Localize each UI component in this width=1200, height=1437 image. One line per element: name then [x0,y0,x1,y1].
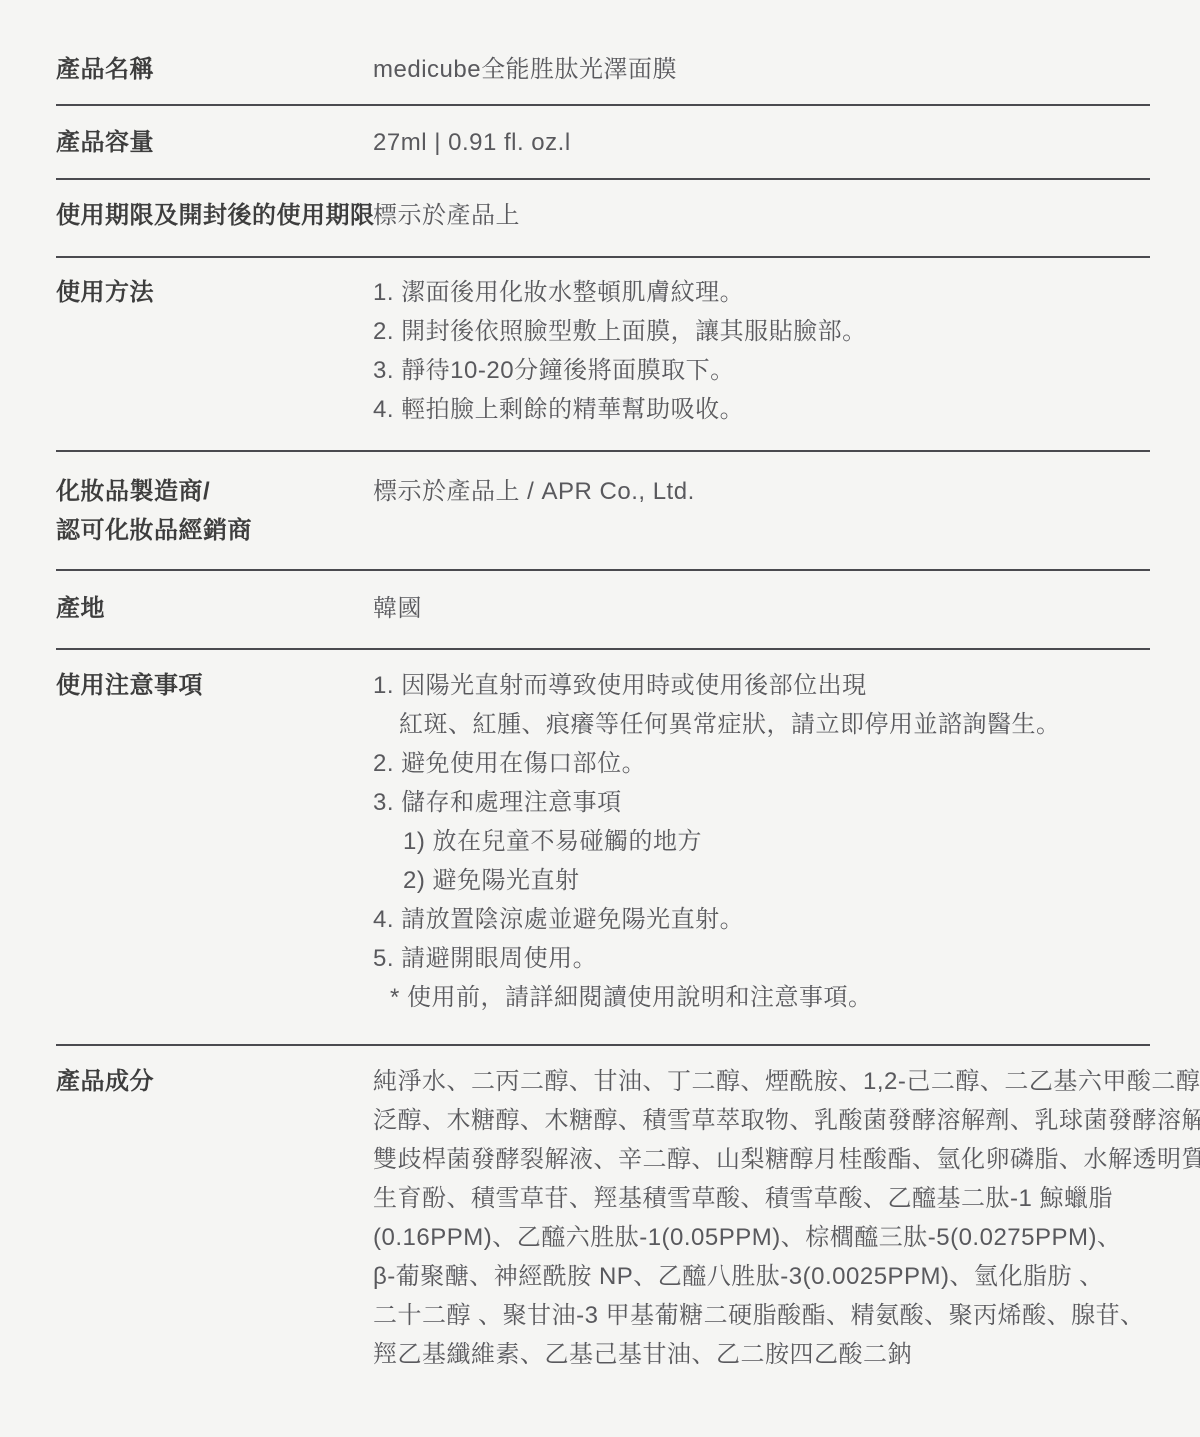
row-value-line: (0.16PPM)、乙醯六胜肽-1(0.05PPM)、棕櫚醯三肽-5(0.027… [373,1218,1200,1257]
product-spec-table: 產品名稱medicube全能胜肽光澤面膜產品容量27ml | 0.91 fl. … [56,0,1150,1374]
row-value-origin: 韓國 [373,589,1150,628]
row-value-line: * 使用前，請詳細閱讀使用說明和注意事項。 [390,978,1150,1017]
row-value-line: 5. 請避開眼周使用。 [373,939,1150,978]
row-value-line: 3. 儲存和處理注意事項 [373,783,1150,822]
row-label-product-volume: 產品容量 [56,123,373,162]
row-value-line: 標示於產品上 [373,196,1150,235]
row-value-usage-method: 1. 潔面後用化妝水整頓肌膚紋理。2. 開封後依照臉型敷上面膜，讓其服貼臉部。3… [373,273,1150,429]
row-label-origin: 產地 [56,589,373,628]
row-value-product-name: medicube全能胜肽光澤面膜 [373,50,1150,89]
row-label-ingredients: 產品成分 [56,1062,373,1101]
row-label-line: 產品成分 [56,1062,373,1101]
row-label-line: 產品名稱 [56,50,373,89]
row-value-line: 1) 放在兒童不易碰觸的地方 [403,822,1150,861]
row-value-line: 3. 靜待10-20分鐘後將面膜取下。 [373,351,1150,390]
row-label-line: 使用注意事項 [56,666,373,705]
row-value-line: 27ml | 0.91 fl. oz.l [373,123,1150,162]
row-value-line: 4. 請放置陰涼處並避免陽光直射。 [373,900,1150,939]
row-label-manufacturer-distributor: 化妝品製造商/認可化妝品經銷商 [56,472,373,550]
row-value-line: 標示於產品上 / APR Co., Ltd. [373,472,1150,511]
table-row-origin: 產地韓國 [56,571,1150,650]
table-row-usage-method: 使用方法1. 潔面後用化妝水整頓肌膚紋理。2. 開封後依照臉型敷上面膜，讓其服貼… [56,258,1150,452]
row-value-line: 1. 潔面後用化妝水整頓肌膚紋理。 [373,273,1150,312]
row-value-line: 紅斑、紅腫、痕癢等任何異常症狀，請立即停用並諮詢醫生。 [399,705,1150,744]
row-value-manufacturer-distributor: 標示於產品上 / APR Co., Ltd. [373,472,1150,511]
row-value-line: 生育酚、積雪草苷、羥基積雪草酸、積雪草酸、乙醯基二肽-1 鯨蠟脂 [373,1179,1200,1218]
row-value-line: 1. 因陽光直射而導致使用時或使用後部位出現 [373,666,1150,705]
table-row-product-name: 產品名稱medicube全能胜肽光澤面膜 [56,0,1150,106]
row-value-line: 4. 輕拍臉上剩餘的精華幫助吸收。 [373,390,1150,429]
row-value-ingredients: 純淨水、二丙二醇、甘油、丁二醇、煙酰胺、1,2-己二醇、二乙基六甲酸二醇、泛醇、… [373,1062,1200,1374]
row-label-expiry-period: 使用期限及開封後的使用期限 [56,196,373,235]
table-row-product-volume: 產品容量27ml | 0.91 fl. oz.l [56,106,1150,180]
row-value-line: 羥乙基纖維素、乙基己基甘油、乙二胺四乙酸二鈉 [373,1335,1200,1374]
row-value-product-volume: 27ml | 0.91 fl. oz.l [373,123,1150,162]
row-value-line: 2) 避免陽光直射 [403,861,1150,900]
row-label-line: 產品容量 [56,123,373,162]
row-value-line: β-葡聚醣、神經酰胺 NP、乙醯八胜肽-3(0.0025PPM)、氫化脂肪 、 [373,1257,1200,1296]
row-label-line: 使用期限及開封後的使用期限 [56,196,373,235]
row-value-line: 雙歧桿菌發酵裂解液、辛二醇、山梨糖醇月桂酸酯、氫化卵磷脂、水解透明質酸、 [373,1140,1200,1179]
row-label-product-name: 產品名稱 [56,50,373,89]
row-label-usage-precautions: 使用注意事項 [56,666,373,705]
row-value-line: 純淨水、二丙二醇、甘油、丁二醇、煙酰胺、1,2-己二醇、二乙基六甲酸二醇、 [373,1062,1200,1101]
row-value-line: 二十二醇 、聚甘油-3 甲基葡糖二硬脂酸酯、精氨酸、聚丙烯酸、腺苷、 [373,1296,1200,1335]
row-label-line: 認可化妝品經銷商 [56,511,373,550]
row-value-line: 泛醇、木糖醇、木糖醇、積雪草萃取物、乳酸菌發酵溶解劑、乳球菌發酵溶解劑、 [373,1101,1200,1140]
table-row-manufacturer-distributor: 化妝品製造商/認可化妝品經銷商標示於產品上 / APR Co., Ltd. [56,452,1150,571]
row-value-line: 韓國 [373,589,1150,628]
row-value-expiry-period: 標示於產品上 [373,196,1150,235]
row-label-line: 產地 [56,589,373,628]
row-label-line: 化妝品製造商/ [56,472,373,511]
table-row-ingredients: 產品成分純淨水、二丙二醇、甘油、丁二醇、煙酰胺、1,2-己二醇、二乙基六甲酸二醇… [56,1046,1150,1374]
row-label-line: 使用方法 [56,273,373,312]
row-value-line: medicube全能胜肽光澤面膜 [373,50,1150,89]
row-value-line: 2. 開封後依照臉型敷上面膜，讓其服貼臉部。 [373,312,1150,351]
row-label-usage-method: 使用方法 [56,273,373,312]
row-value-line: 2. 避免使用在傷口部位。 [373,744,1150,783]
table-row-usage-precautions: 使用注意事項1. 因陽光直射而導致使用時或使用後部位出現紅斑、紅腫、痕癢等任何異… [56,650,1150,1046]
table-row-expiry-period: 使用期限及開封後的使用期限標示於產品上 [56,180,1150,258]
row-value-usage-precautions: 1. 因陽光直射而導致使用時或使用後部位出現紅斑、紅腫、痕癢等任何異常症狀，請立… [373,666,1150,1017]
